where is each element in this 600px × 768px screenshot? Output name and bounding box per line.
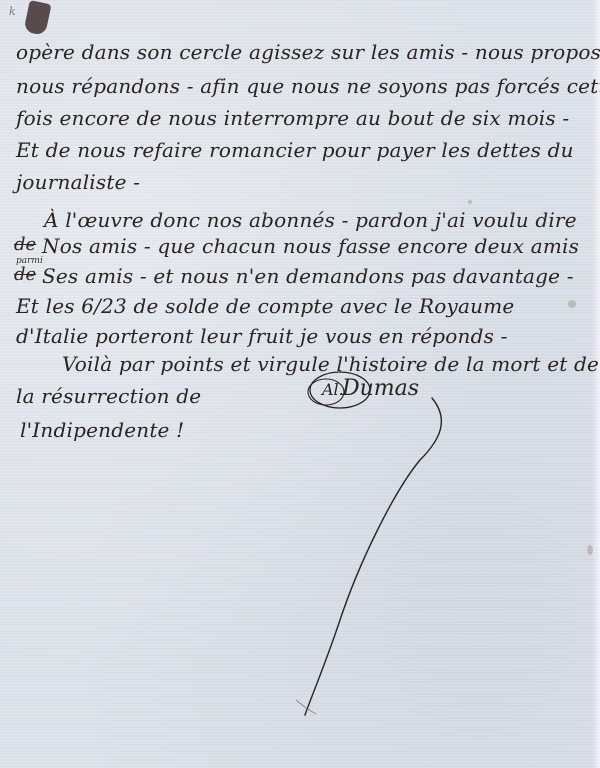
- struck-word-2: de: [14, 264, 36, 285]
- letter-line-9: Et les 6/23 de solde de compte avec le R…: [16, 294, 514, 318]
- letter-line-4: Et de nous refaire romancier pour payer …: [16, 138, 574, 162]
- letter-line-1: opère dans son cercle agissez sur les am…: [16, 40, 600, 64]
- letter-line-3: fois encore de nous interrompre au bout …: [16, 106, 569, 130]
- letter-line-8: Ses amis - et nous n'en demandons pas da…: [42, 264, 574, 288]
- letter-line-7: Nos amis - que chacun nous fasse encore …: [42, 234, 579, 258]
- letter-line-12: la résurrection de: [16, 384, 201, 408]
- foxing-spot: [587, 545, 593, 555]
- letter-line-2: nous répandons - afin que nous ne soyons…: [16, 74, 600, 98]
- letter-line-5: journaliste -: [16, 170, 140, 194]
- signature-surname: Dumas: [342, 376, 419, 401]
- letter-line-11: Voilà par points et virgule l'histoire d…: [62, 352, 599, 376]
- letter-line-6: À l'œuvre donc nos abonnés - pardon j'ai…: [44, 208, 577, 232]
- corner-pencil-mark: k: [9, 5, 16, 18]
- signature-initial: Al.: [322, 380, 344, 399]
- foxing-spot: [468, 200, 472, 204]
- paper-edge: [592, 0, 600, 768]
- letter-line-10: d'Italie porteront leur fruit je vous en…: [16, 324, 508, 348]
- struck-word-1: de: [14, 234, 36, 255]
- letter-line-13: l'Indipendente !: [20, 418, 184, 442]
- foxing-spot: [568, 300, 576, 308]
